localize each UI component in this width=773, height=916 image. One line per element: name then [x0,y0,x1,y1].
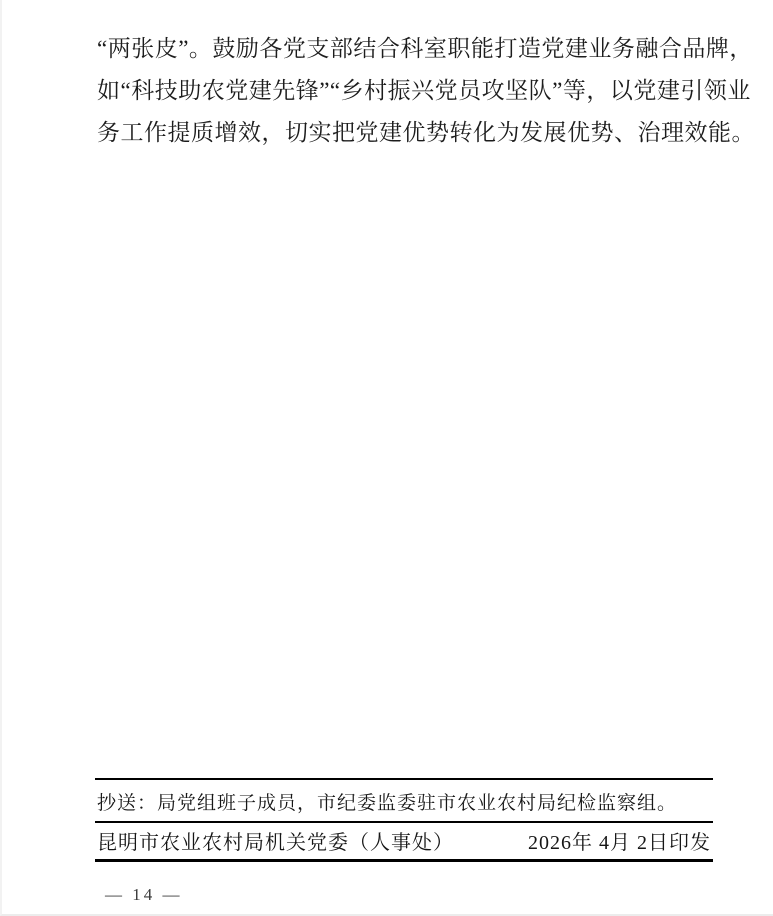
page-number: — 14 — [105,885,183,905]
footer-bottom-rule [95,859,713,862]
issuer-row: 昆明市农业农村局机关党委（人事处） 2026年 4月 2日印发 [95,823,713,859]
print-date: 2026年 4月 2日印发 [528,833,711,854]
paragraph-line: 务工作提质增效，切实把党建优势转化为发展优势、治理效能。 [97,112,713,154]
copy-distribution-line: 抄送：局党组班子成员，市纪委监委驻市农业农村局纪检监察组。 [95,780,713,821]
closing-paragraph: “两张皮”。鼓励各党支部结合科室职能打造党建业务融合品牌， 如“科技助农党建先锋… [97,28,713,154]
paragraph-line: 如“科技助农党建先锋”“乡村振兴党员攻坚队”等，以党建引领业 [97,70,713,112]
document-page: “两张皮”。鼓励各党支部结合科室职能打造党建业务融合品牌， 如“科技助农党建先锋… [0,0,773,916]
issuing-organ: 昆明市农业农村局机关党委（人事处） [97,833,454,854]
paragraph-line: “两张皮”。鼓励各党支部结合科室职能打造党建业务融合品牌， [97,28,713,70]
document-footer: 抄送：局党组班子成员，市纪委监委驻市农业农村局纪检监察组。 昆明市农业农村局机关… [95,778,713,862]
